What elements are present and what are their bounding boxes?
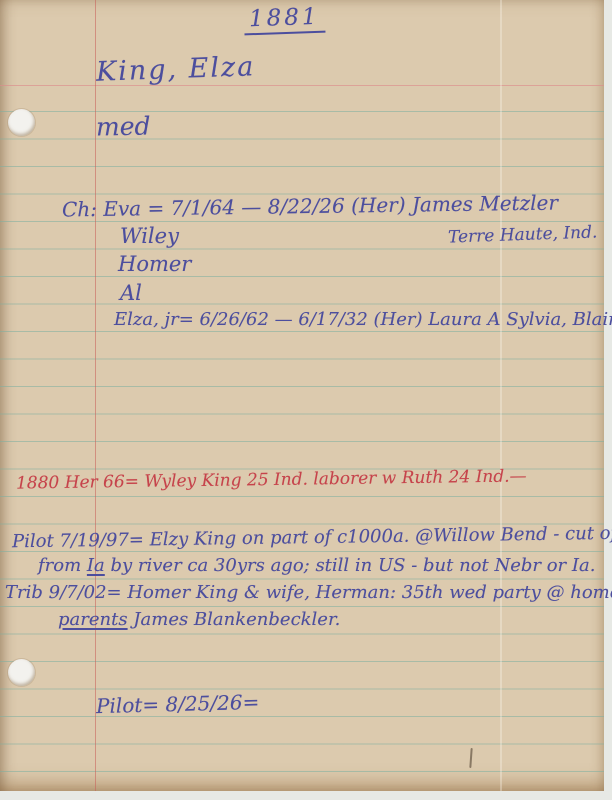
note-text: from bbox=[38, 555, 87, 576]
news-note-line-4: parents James Blankenbeckler. bbox=[58, 609, 340, 630]
paper-crease bbox=[500, 0, 502, 791]
underlined-word: parents bbox=[58, 609, 128, 630]
child-name: Al bbox=[120, 281, 142, 305]
paper-sheet: 1881 King, Elza med Ch: Eva = 7/1/64 — 8… bbox=[0, 0, 604, 791]
child-name: Wiley bbox=[120, 224, 179, 248]
child-name: Homer bbox=[118, 252, 191, 276]
news-note-line-2: from Ia by river ca 30yrs ago; still in … bbox=[38, 555, 595, 576]
year-heading: 1881 bbox=[244, 4, 326, 36]
occupation-note: med bbox=[96, 112, 151, 142]
note-text: James Blankenbeckler. bbox=[128, 609, 341, 630]
scanned-ledger-page: 1881 King, Elza med Ch: Eva = 7/1/64 — 8… bbox=[0, 0, 612, 800]
subject-name: King, Elza bbox=[96, 51, 256, 88]
note-text: by river ca 30yrs ago; still in US - but… bbox=[105, 555, 596, 576]
hole-punch-bottom bbox=[8, 659, 35, 686]
header-rule-line bbox=[0, 85, 604, 86]
source-date-note: Pilot= 8/25/26= bbox=[96, 690, 260, 718]
underlined-abbreviation: Ia bbox=[87, 555, 105, 576]
news-note-line-3: Trib 9/7/02= Homer King & wife, Herman: … bbox=[5, 582, 612, 603]
hole-punch-top bbox=[8, 109, 35, 136]
elza-jr-line: Elza, jr= 6/26/62 — 6/17/32 (Her) Laura … bbox=[114, 309, 612, 330]
